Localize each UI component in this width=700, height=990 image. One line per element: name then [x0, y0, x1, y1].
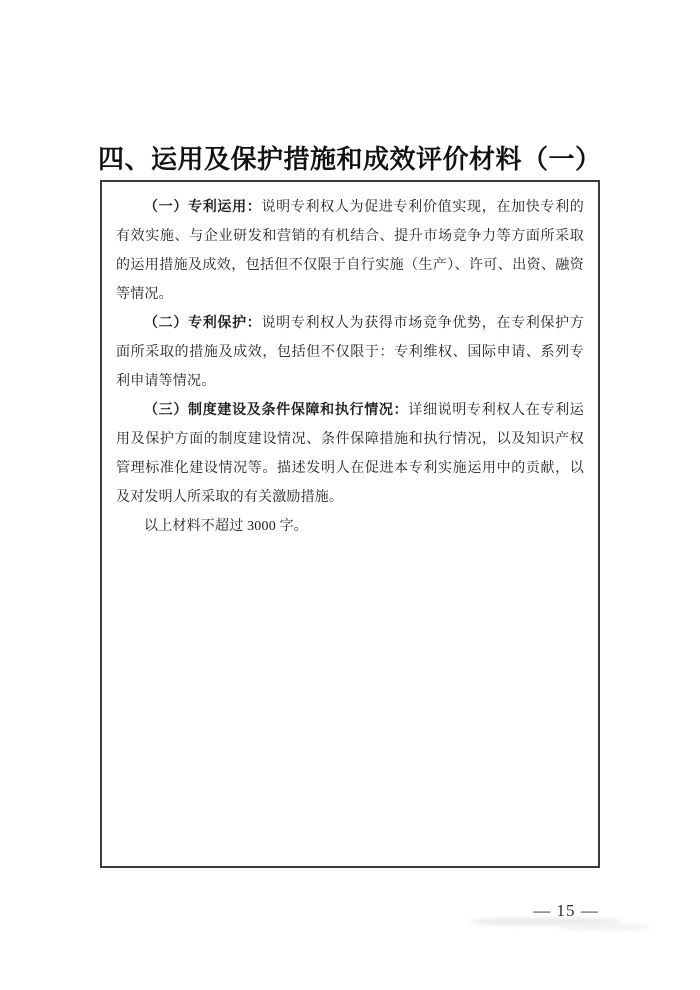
paragraph-system-construction: （三）制度建设及条件保障和执行情况：详细说明专利权人在专利运用及保护方面的制度建…	[116, 396, 584, 512]
paragraph-word-limit: 以上材料不超过 3000 字。	[116, 512, 584, 541]
paragraph-lead: （二）专利保护：	[144, 316, 261, 331]
paragraph-body: 详细说明专利权人在专利运用及保护方面的制度建设情况、条件保障措施和执行情况，以及…	[116, 403, 584, 505]
paragraph-lead: （三）制度建设及条件保障和执行情况：	[144, 403, 408, 418]
scan-smudge	[560, 925, 650, 930]
paragraph-lead: （一）专利运用：	[144, 200, 261, 215]
paragraph-patent-protection: （二）专利保护：说明专利权人为获得市场竞争优势，在专利保护方面所采取的措施及成效…	[116, 309, 584, 396]
content-box: （一）专利运用：说明专利权人为促进专利价值实现，在加快专利的有效实施、与企业研发…	[100, 180, 600, 868]
page-number: — 15 —	[520, 901, 612, 921]
section-title: 四、运用及保护措施和成效评价材料（一）	[98, 141, 608, 177]
paragraph-body: 说明专利权人为促进专利价值实现，在加快专利的有效实施、与企业研发和营销的有机结合…	[116, 200, 584, 302]
paragraph-patent-use: （一）专利运用：说明专利权人为促进专利价值实现，在加快专利的有效实施、与企业研发…	[116, 193, 584, 309]
paragraph-body: 以上材料不超过 3000 字。	[144, 519, 308, 534]
